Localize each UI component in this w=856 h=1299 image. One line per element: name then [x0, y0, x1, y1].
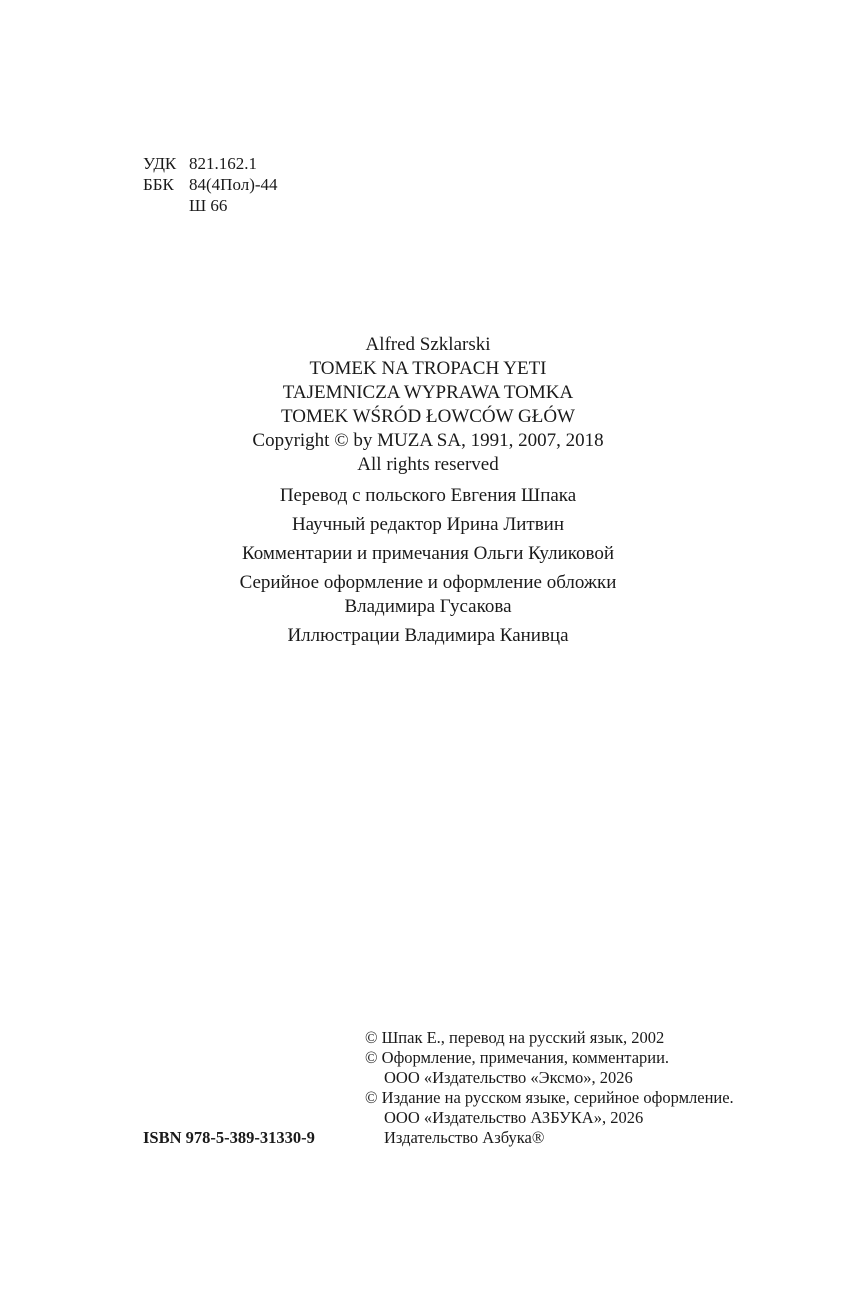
russian-credits: Перевод с польского Евгения Шпака Научны… [0, 484, 856, 653]
udc-label: УДК [143, 153, 189, 174]
copyright-notice-azbuka: ООО «Издательство АЗБУКА», 2026 [365, 1108, 734, 1128]
copyright-notice-design: © Оформление, примечания, комментарии. [365, 1048, 734, 1068]
design-credit: Серийное оформление и оформление обложки… [0, 571, 856, 619]
udc-value: 821.162.1 [189, 153, 257, 174]
rights-reserved: All rights reserved [0, 453, 856, 477]
publisher-trademark: Издательство Азбука® [365, 1128, 734, 1148]
copyright-notice-eksmo: ООО «Издательство «Эксмо», 2026 [365, 1068, 734, 1088]
original-credits: Alfred Szklarski TOMEK NA TROPACH YETI T… [0, 333, 856, 477]
illustrations-credit-text: Иллюстрации Владимира Канивца [287, 625, 568, 646]
translator-credit-text: Перевод с польского Евгения Шпака [280, 485, 576, 506]
original-copyright: Copyright © by MUZA SA, 1991, 2007, 2018 [0, 429, 856, 453]
translator-credit: Перевод с польского Евгения Шпака [0, 484, 856, 508]
library-classification: УДК 821.162.1 ББК 84(4Пол)-44 Ш 66 [143, 153, 278, 216]
design-credit-text: Серийное оформление и оформление обложки [0, 571, 856, 595]
original-title-1: TOMEK NA TROPACH YETI [0, 357, 856, 381]
isbn: ISBN 978-5-389-31330-9 [143, 1128, 315, 1148]
copyright-notices: © Шпак Е., перевод на русский язык, 2002… [365, 1028, 734, 1148]
copyright-notice-edition: © Издание на русском языке, серийное офо… [365, 1088, 734, 1108]
original-title-2: TAJEMNICZA WYPRAWA TOMKA [0, 381, 856, 405]
bbk-label: ББК [143, 174, 189, 195]
illustrations-credit: Иллюстрации Владимира Канивца [0, 624, 856, 648]
commentary-credit-text: Комментарии и примечания Ольги Куликовой [242, 543, 614, 564]
author-mark-value: Ш 66 [189, 195, 227, 216]
author-mark-row: Ш 66 [143, 195, 278, 216]
bbk-row: ББК 84(4Пол)-44 [143, 174, 278, 195]
original-title-3: TOMEK WŚRÓD ŁOWCÓW GŁÓW [0, 405, 856, 429]
bbk-value: 84(4Пол)-44 [189, 174, 278, 195]
copyright-notice-translation: © Шпак Е., перевод на русский язык, 2002 [365, 1028, 734, 1048]
original-author: Alfred Szklarski [0, 333, 856, 357]
scientific-editor-credit-text: Научный редактор Ирина Литвин [292, 514, 564, 535]
author-mark-label [143, 195, 189, 216]
scientific-editor-credit: Научный редактор Ирина Литвин [0, 513, 856, 537]
design-credit-name: Владимира Гусакова [0, 595, 856, 619]
udc-row: УДК 821.162.1 [143, 153, 278, 174]
commentary-credit: Комментарии и примечания Ольги Куликовой [0, 542, 856, 566]
